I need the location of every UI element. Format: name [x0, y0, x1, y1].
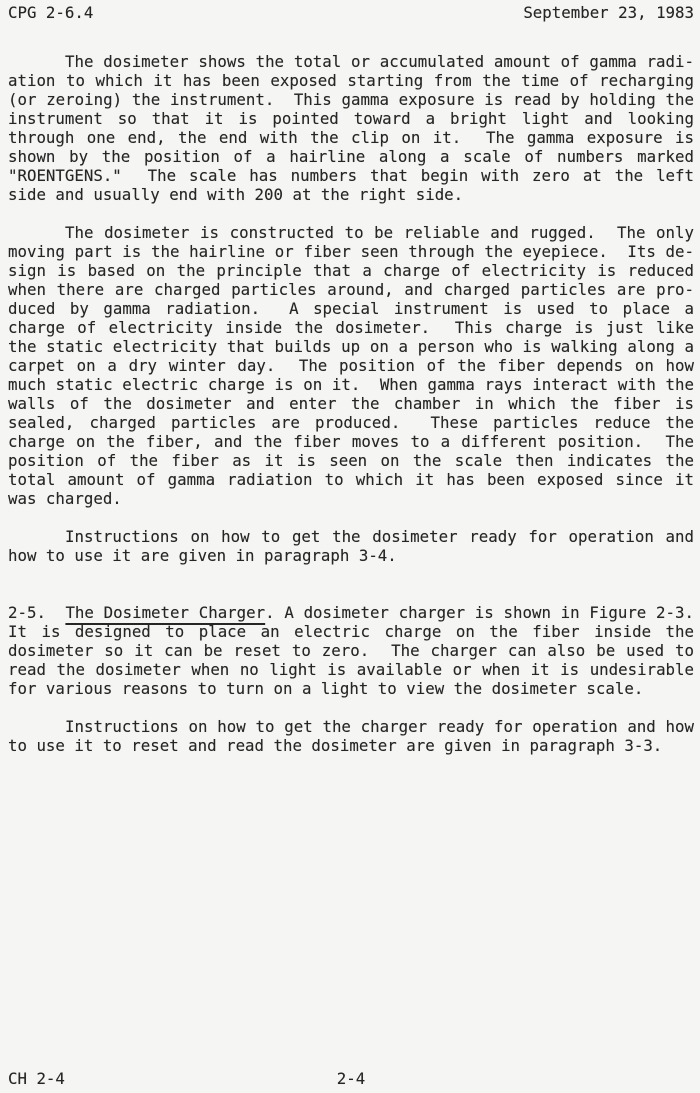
text-line: shown by the position of a hairline alon… [8, 147, 694, 166]
para-dosimeter-reading: The dosimeter shows the total or accumul… [8, 52, 694, 204]
section-title-underlined: The Dosimeter Charger [65, 603, 265, 622]
text-line: side and usually end with 200 at the rig… [8, 185, 694, 204]
document-page: CPG 2-6.4 September 23, 1983 The dosimet… [0, 0, 700, 1093]
para-dosimeter-instructions: Instructions on how to get the dosimeter… [8, 527, 694, 565]
text-line: position of the fiber as it is seen on t… [8, 451, 694, 470]
text-line: It is designed to place an electric char… [8, 622, 694, 641]
text-line: instrument so that it is pointed toward … [8, 109, 694, 128]
document-body: The dosimeter shows the total or accumul… [8, 52, 694, 755]
text-line: through one end, the end with the clip o… [8, 128, 694, 147]
header-date: September 23, 1983 [523, 3, 694, 22]
text-line: charge of electricity inside the dosimet… [8, 318, 694, 337]
text-line: (or zeroing) the instrument. This gamma … [8, 90, 694, 109]
text-segment: . A dosimeter charger is shown in Figure… [265, 603, 694, 622]
text-line: The dosimeter is constructed to be relia… [8, 223, 694, 242]
text-line: when there are charged particles around,… [8, 280, 694, 299]
text-line: to use it to reset and read the dosimete… [8, 736, 694, 755]
footer-change-number: CH 2-4 [8, 1069, 65, 1088]
text-line: "ROENTGENS." The scale has numbers that … [8, 166, 694, 185]
text-line: read the dosimeter when no light is avai… [8, 660, 694, 679]
page-content: CPG 2-6.4 September 23, 1983 The dosimet… [8, 0, 694, 755]
text-line: total amount of gamma radiation to which… [8, 470, 694, 489]
text-line: ation to which it has been exposed start… [8, 71, 694, 90]
text-line: the static electricity that builds up on… [8, 337, 694, 356]
text-line: how to use it are given in paragraph 3-4… [8, 546, 694, 565]
text-line: duced by gamma radiation. A special inst… [8, 299, 694, 318]
text-line: The dosimeter shows the total or accumul… [8, 52, 694, 71]
footer-page-number: 2-4 [337, 1069, 365, 1088]
text-line: moving part is the hairline or fiber see… [8, 242, 694, 261]
text-line: 2-5. The Dosimeter Charger. A dosimeter … [8, 603, 694, 622]
text-line: carpet on a dry winter day. The position… [8, 356, 694, 375]
text-segment: 2-5. [8, 603, 65, 622]
text-line: sealed, charged particles are produced. … [8, 413, 694, 432]
para-dosimeter-charger-section: 2-5. The Dosimeter Charger. A dosimeter … [8, 603, 694, 698]
text-line: sign is based on the principle that a ch… [8, 261, 694, 280]
text-line: charge on the fiber, and the fiber moves… [8, 432, 694, 451]
text-line: Instructions on how to get the dosimeter… [8, 527, 694, 546]
doc-number: CPG 2-6.4 [8, 3, 93, 22]
text-line: for various reasons to turn on a light t… [8, 679, 694, 698]
text-line: walls of the dosimeter and enter the cha… [8, 394, 694, 413]
text-line: much static electric charge is on it. Wh… [8, 375, 694, 394]
para-dosimeter-construction: The dosimeter is constructed to be relia… [8, 223, 694, 508]
text-line: Instructions on how to get the charger r… [8, 717, 694, 736]
text-line: was charged. [8, 489, 694, 508]
para-charger-instructions: Instructions on how to get the charger r… [8, 717, 694, 755]
page-footer: CH 2-4 2-4 [8, 1069, 694, 1088]
page-header: CPG 2-6.4 September 23, 1983 [8, 3, 694, 22]
text-line: dosimeter so it can be reset to zero. Th… [8, 641, 694, 660]
